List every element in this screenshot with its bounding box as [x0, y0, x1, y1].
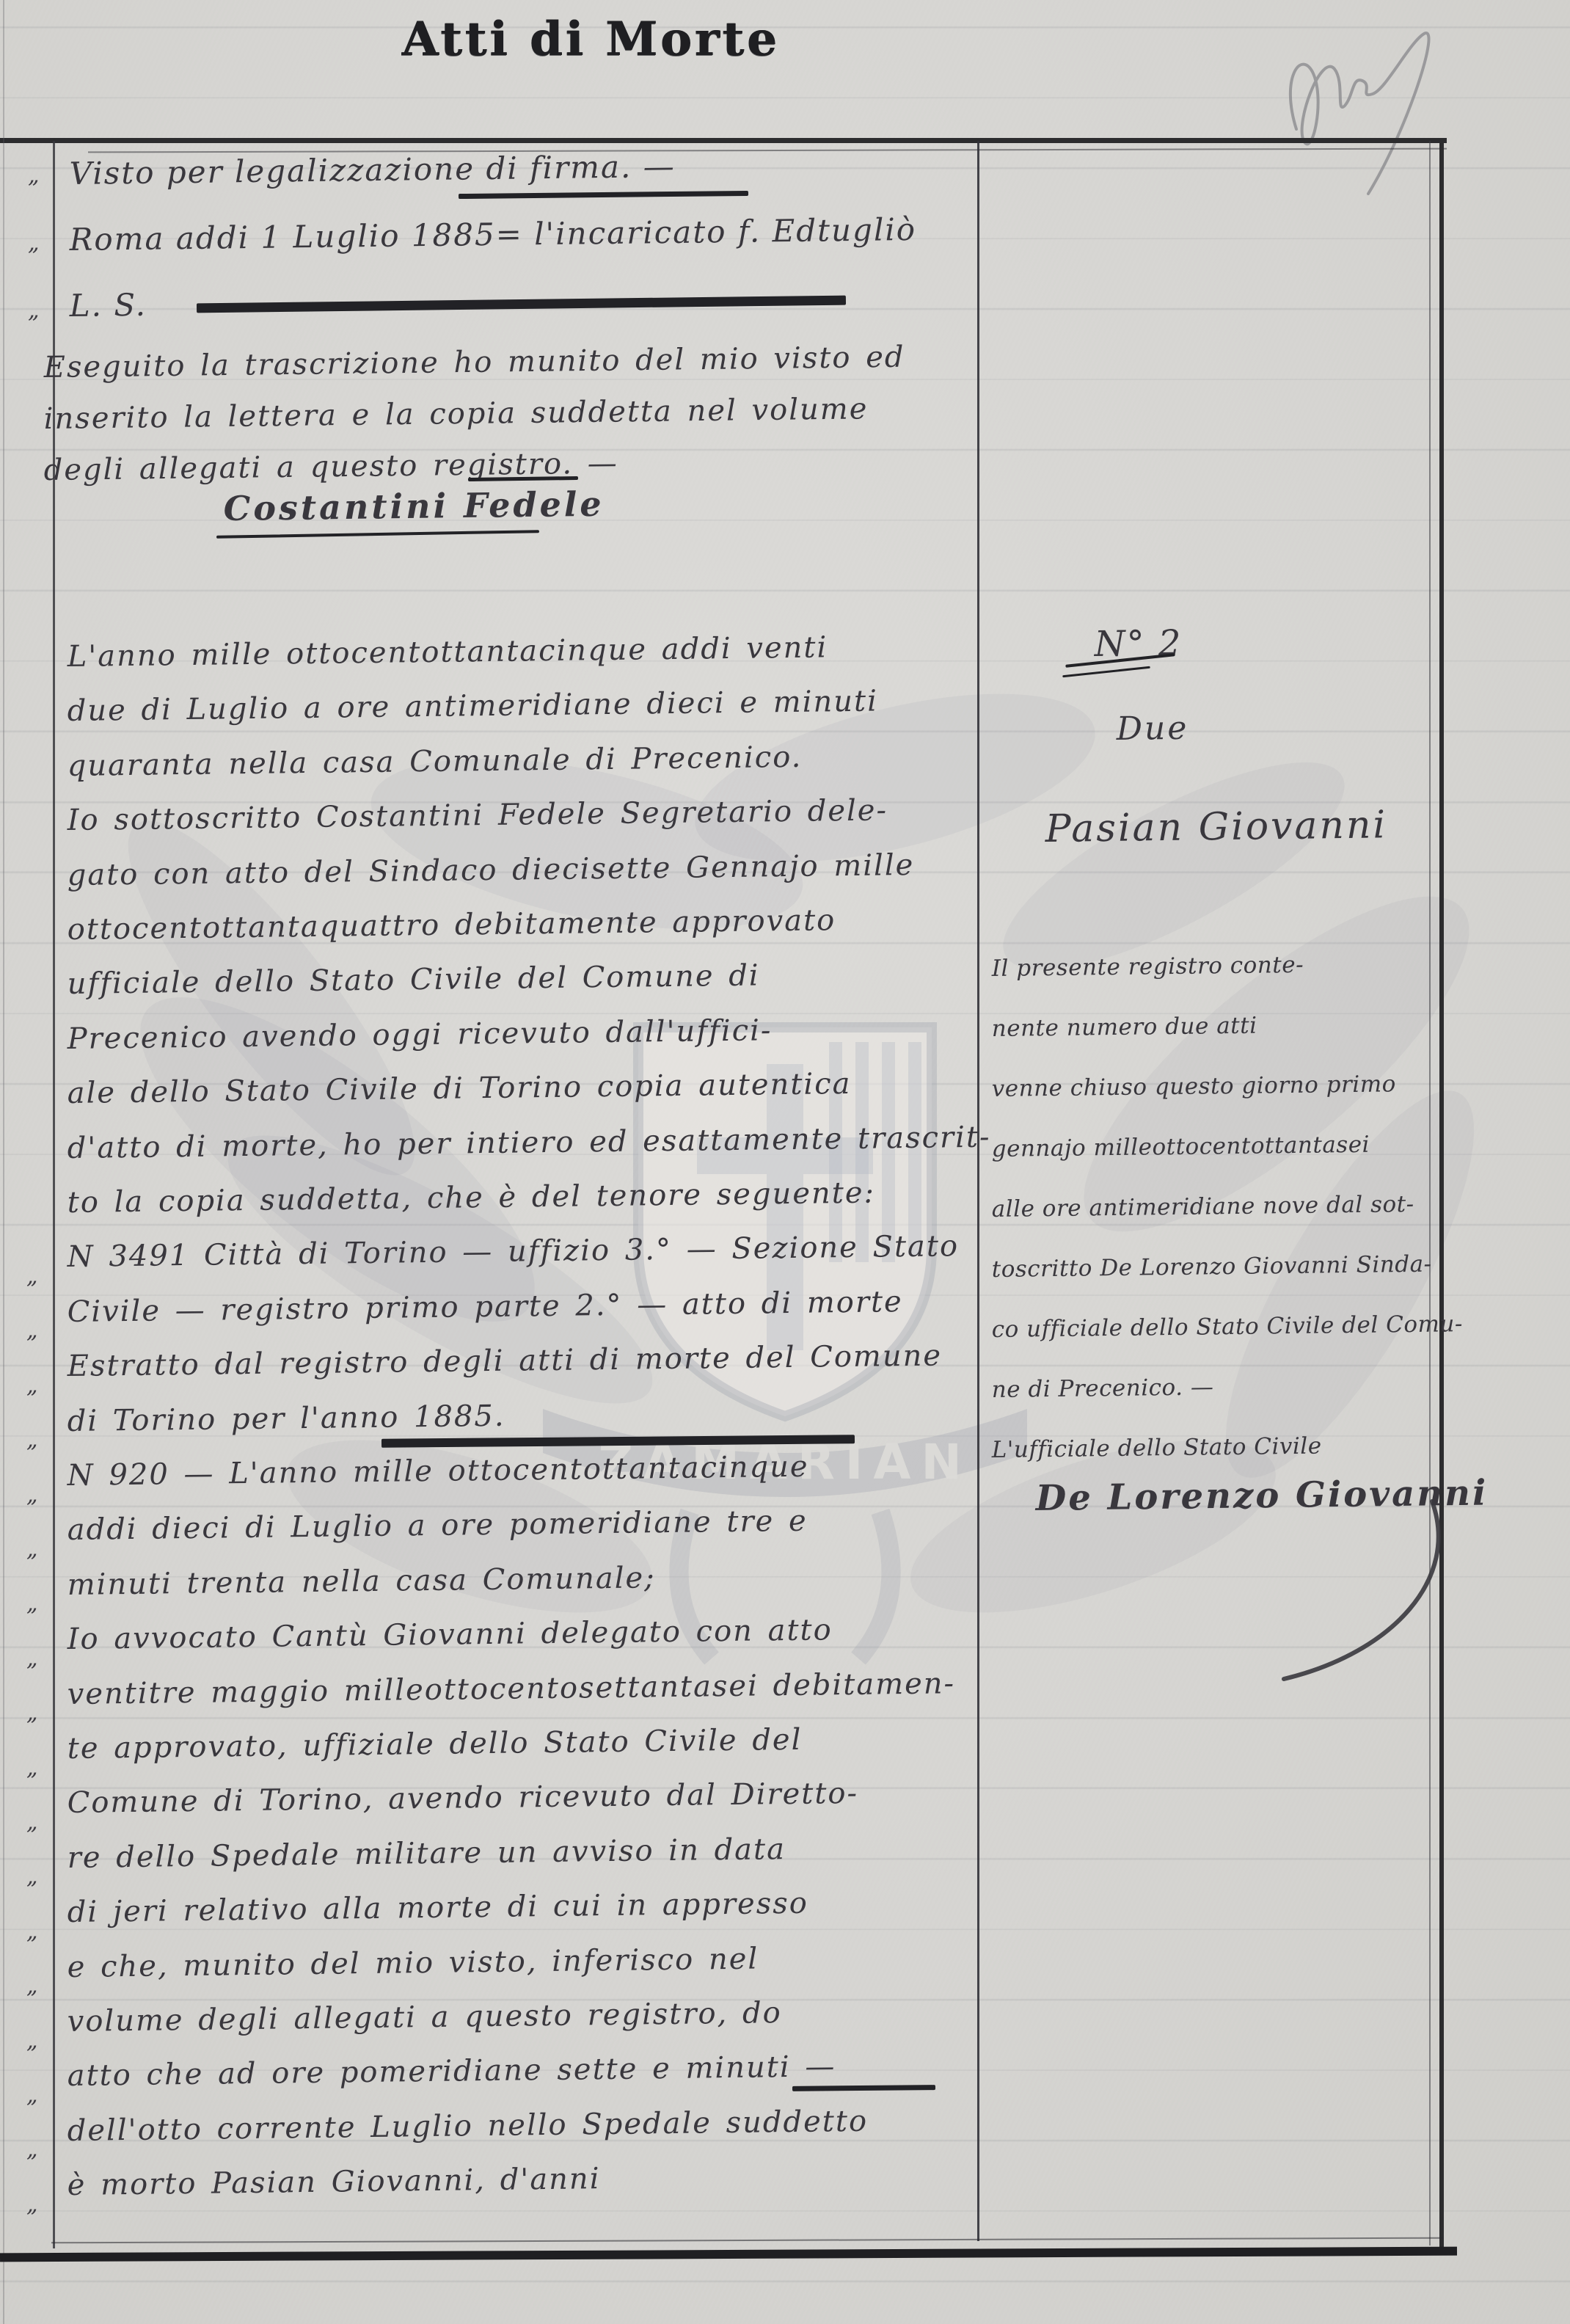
act-line: te approvato, uffiziale dello Stato Civi…: [67, 1723, 802, 1766]
act-line: Civile — registro primo parte 2.° — atto…: [67, 1285, 903, 1329]
deceased-name: Pasian Giovanni: [1045, 803, 1387, 851]
ditto-mark: „: [26, 1537, 38, 1562]
closing-line: ne di Precenico. —: [992, 1374, 1214, 1403]
closing-line: nente numero due atti: [992, 1013, 1257, 1042]
act-body: L'anno mille ottocentottantacinque addi …: [0, 0, 1570, 2324]
act-line: ufficiale dello Stato Civile del Comune …: [67, 959, 759, 1002]
act-line: volume degli allegati a questo registro,…: [67, 1996, 781, 2039]
act-line: quaranta nella casa Comunale di Precenic…: [67, 740, 802, 783]
act-line: L'anno mille ottocentottantacinque addi …: [67, 630, 828, 674]
legalization-note: Visto per legalizzazione di firma. —Roma…: [0, 0, 1570, 2324]
act-line: di Torino per l'anno 1885.: [67, 1399, 505, 1438]
ditto-mark: „: [26, 1427, 38, 1453]
closing-line: co ufficiale dello Stato Civile del Comu…: [992, 1311, 1464, 1343]
ditto-mark: „: [26, 1318, 38, 1344]
legalization-line: Visto per legalizzazione di firma. —: [69, 148, 676, 192]
act-number-word: Due: [1116, 710, 1189, 748]
act-line: è morto Pasian Giovanni, d'anni: [67, 2162, 600, 2202]
ditto-mark: „: [26, 1755, 38, 1781]
page-title: Atti di Morte: [370, 12, 811, 67]
act-line: Io sottoscritto Costantini Fedele Segret…: [67, 794, 888, 838]
closing-line: gennajo milleottocentottantasei: [992, 1132, 1370, 1162]
papermaker-watermark: ZAMARIAN: [29, 587, 1570, 1871]
official-signature: De Lorenzo Giovanni: [1035, 1472, 1488, 1519]
ditto-mark: „: [26, 1810, 38, 1835]
ditto-mark: „: [26, 1919, 38, 1945]
table-top-border: [0, 138, 1447, 143]
ditto-mark: „: [26, 1373, 38, 1399]
act-line: minuti trenta nella casa Comunale;: [67, 1561, 655, 1602]
ditto-mark: „: [26, 1973, 38, 1999]
ditto-mark: „: [28, 230, 40, 256]
act-line: due di Luglio a ore antimeridiane dieci …: [67, 685, 878, 728]
ditto-mark: „: [26, 2192, 38, 2218]
signature-underline: [216, 530, 539, 539]
ditto-mark: „: [26, 1864, 38, 1890]
act-line: ale dello Stato Civile di Torino copia a…: [67, 1067, 851, 1110]
act-line: ventitre maggio milleottocentosettantase…: [67, 1666, 955, 1711]
closing-line: Il presente registro conte-: [992, 952, 1304, 982]
number-strike-line-2: [1062, 666, 1150, 678]
transcription-line: degli allegati a questo registro. —: [43, 446, 618, 487]
ditto-mark: „: [28, 163, 40, 189]
closing-line: venne chiuso questo giorno primo: [992, 1071, 1396, 1102]
closing-line: toscritto De Lorenzo Giovanni Sinda-: [992, 1251, 1432, 1283]
act-line: N 920 — L'anno mille ottocentottantacinq…: [67, 1450, 808, 1493]
ditto-mark: „: [26, 1700, 38, 1726]
table-top-inner-line: [88, 148, 1447, 153]
ink-rule-after-anno-1885: [381, 1435, 855, 1448]
transcription-note: Eseguito la trascrizione ho munito del m…: [0, 0, 1570, 2324]
death-register-page: ZAMARIAN Atti di Morte „„„ „„„„„„„„„„„„„…: [0, 0, 1570, 2324]
transcription-line: Eseguito la trascrizione ho munito del m…: [43, 340, 905, 385]
margin-rule: [53, 141, 55, 2248]
act-line: Estratto dal registro degli atti di mort…: [67, 1339, 942, 1384]
ditto-mark: „: [26, 1646, 38, 1672]
ink-rule-after-ls: [197, 296, 846, 313]
ink-rule-after-registro: [468, 476, 578, 481]
transcription-line: inserito la lettera e la copia suddetta …: [43, 392, 868, 436]
pencil-flourish: [1258, 4, 1478, 203]
act-line: Precenico avendo oggi ricevuto dall'uffi…: [67, 1013, 772, 1056]
legalization-line: L. S.: [69, 287, 147, 324]
ditto-mark: „: [26, 1482, 38, 1508]
secretary-signature: Costantini Fedele: [223, 484, 605, 528]
ditto-mark: „: [28, 298, 40, 324]
ditto-mark: „: [26, 2137, 38, 2163]
act-line: d'atto di morte, ho per intiero ed esatt…: [67, 1120, 990, 1165]
act-line: ottocentottantaquattro debitamente appro…: [67, 903, 836, 947]
legalization-line: Roma addi 1 Luglio 1885= l'incaricato f.…: [69, 211, 916, 258]
act-line: atto che ad ore pomeridiane sette e minu…: [67, 2050, 836, 2094]
ditto-mark: „: [26, 2028, 38, 2054]
act-line: Io avvocato Cantù Giovanni delegato con …: [67, 1613, 833, 1656]
table-right-inner-line: [1429, 141, 1431, 2245]
act-line: gato con atto del Sindaco diecisette Gen…: [67, 848, 914, 892]
table-bottom-border: [0, 2247, 1457, 2262]
table-bottom-inner-line: [51, 2237, 1442, 2244]
page-fold-line: [3, 0, 4, 2324]
ditto-mark: „: [26, 1591, 38, 1617]
ditto-mark: „: [26, 1264, 38, 1289]
ruled-paper-lines: [0, 0, 1570, 2324]
act-line: re dello Spedale militare un avviso in d…: [67, 1832, 786, 1875]
act-line: e che, munito del mio visto, inferisco n…: [67, 1942, 759, 1984]
paper-grain: [0, 0, 1570, 2324]
act-line: dell'otto corrente Luglio nello Spedale …: [67, 2104, 868, 2147]
ink-rule-after-firma: [459, 191, 748, 199]
act-line: N 3491 Città di Torino — uffizio 3.° — S…: [67, 1230, 959, 1275]
act-line: addi dieci di Luglio a ore pomeridiane t…: [67, 1504, 807, 1547]
closing-line: alle ore antimeridiane nove dal sot-: [992, 1191, 1414, 1223]
act-line: Comune di Torino, avendo ricevuto dal Di…: [67, 1777, 858, 1820]
closing-line: L'ufficiale dello Stato Civile: [992, 1433, 1322, 1463]
closing-note: Il presente registro conte-nente numero …: [0, 0, 1570, 2324]
act-line: di jeri relativo alla morte di cui in ap…: [67, 1887, 808, 1929]
ink-rule-after-minuti: [792, 2085, 935, 2091]
table-right-border: [1439, 138, 1444, 2253]
signature-swash: [1240, 1497, 1460, 1688]
ditto-mark: „: [26, 2083, 38, 2108]
column-divider: [977, 141, 979, 2241]
act-line: to la copia suddetta, che è del tenore s…: [67, 1176, 875, 1220]
